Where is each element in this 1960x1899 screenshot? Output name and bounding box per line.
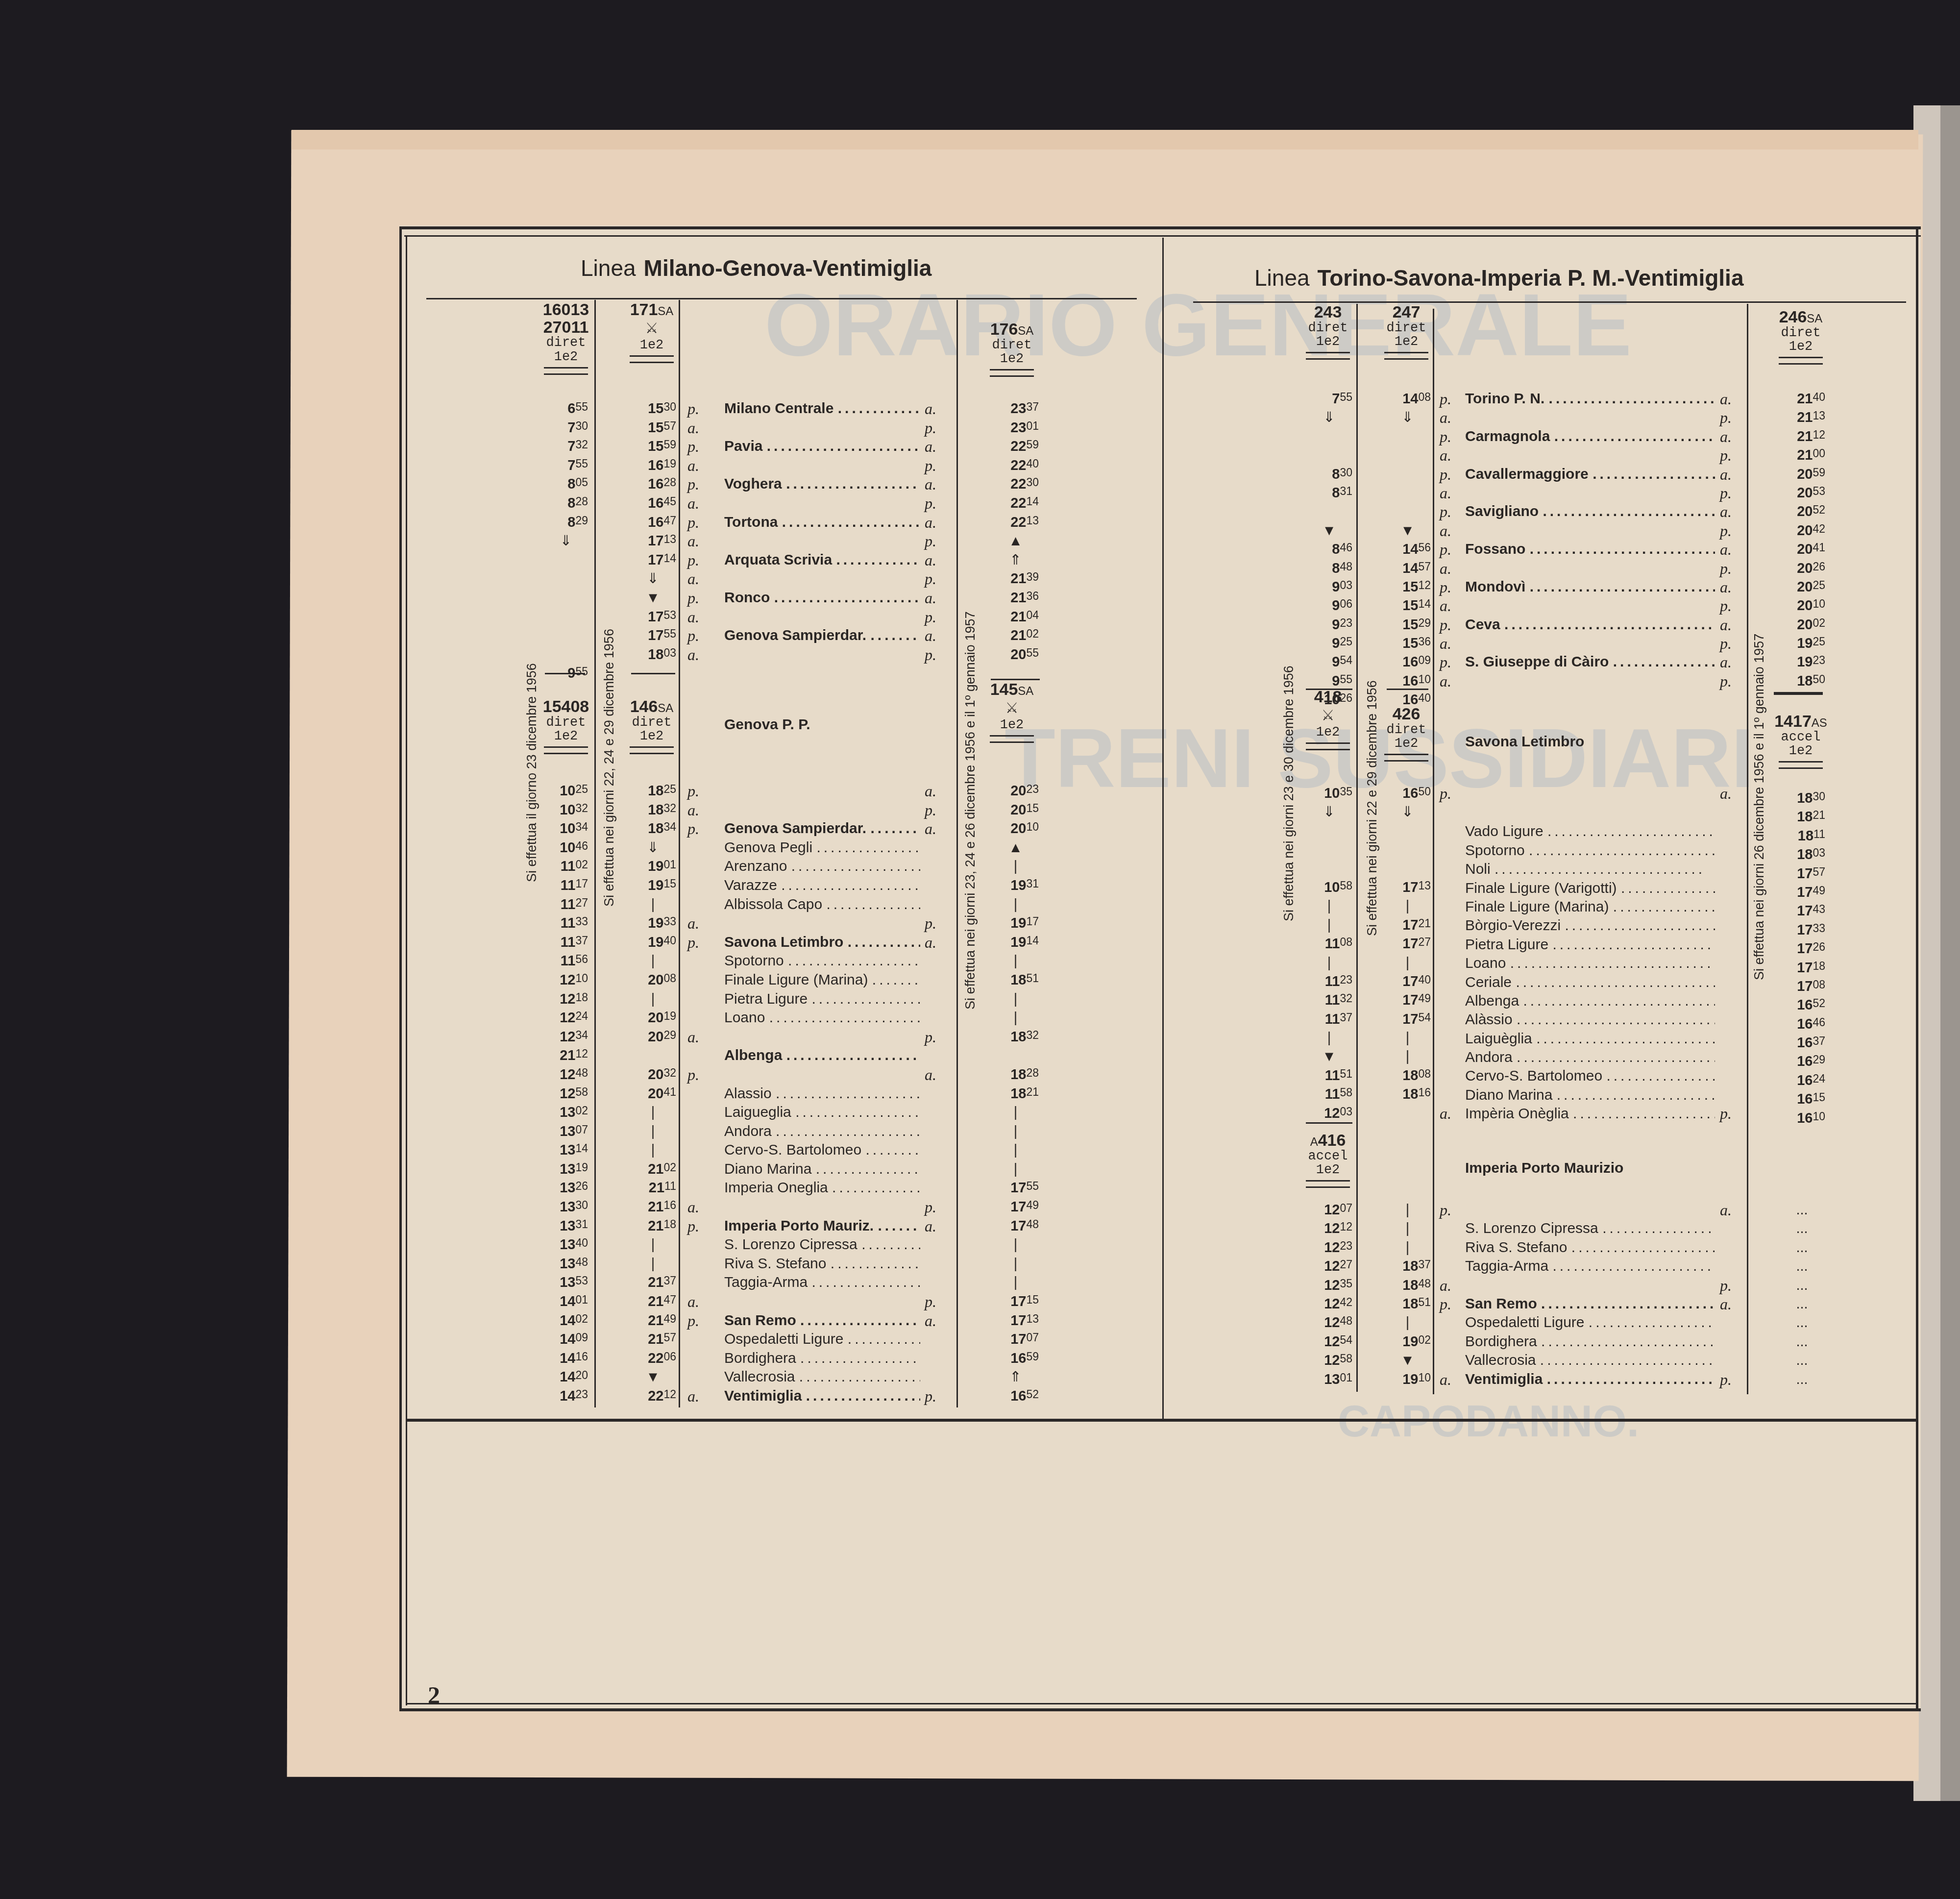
time-cell: ... [1779,1332,1825,1351]
ap-marker: a. [925,513,936,532]
ap-marker: p. [925,1387,936,1406]
station-name: Ronco .............................. [724,589,920,608]
ap-marker: p. [1720,634,1732,653]
arrival-departure-markers-right: a. p. [1720,784,1732,1123]
time-cell [1384,484,1431,502]
ap-marker [1440,1238,1451,1257]
time-cell: 2042 [1779,521,1825,540]
ap-marker [687,876,699,895]
ap-marker [1440,897,1451,915]
time-cell: | [1384,1047,1431,1066]
time-cell [1384,822,1431,840]
ap-marker: a. [687,569,699,589]
ap-marker [1440,803,1451,821]
time-cell: 1610 [1384,672,1431,691]
ap-marker: p. [1440,1295,1451,1313]
time-cell [1384,860,1431,878]
time-cell: 1025 [539,782,588,801]
time-cell: 1850 [1779,672,1825,691]
note-train-146SA: Si effettua nei giorni 22, 24 e 29 dicem… [602,629,617,907]
time-cell: 828 [544,494,588,513]
station-name: Vallecrosia ............................… [724,1368,920,1387]
column-end-rule [1306,1122,1352,1124]
time-cell: | [992,990,1039,1009]
time-cell: 1248 [539,1065,588,1085]
time-cell: 1713 [1384,878,1431,897]
column-end-rule [631,673,675,674]
time-cell: | [992,1255,1039,1274]
ap-marker [925,1103,936,1122]
time-cell [544,551,588,570]
station-name: Vado Ligure ............................… [1465,822,1715,841]
station-name: Pavia .............................. [724,437,920,456]
time-cell: | [1384,897,1431,915]
station-name: Diano Marina ...........................… [724,1160,920,1179]
time-cell: 2023 [992,782,1039,801]
station-name [724,456,920,475]
station-name: Ceva .............................. [1465,616,1715,634]
ap-marker [925,1349,936,1368]
time-cell: 1714 [630,551,676,570]
ap-marker: a. [1440,672,1451,691]
time-cell [1384,502,1431,521]
crossed-swords-icon: ⚔ [982,699,1041,718]
time-cell [1384,465,1431,484]
ap-marker: a. [925,1065,936,1085]
station-name: Fossano .............................. [1465,540,1715,559]
station-list-upper: Milano Centrale ........................… [724,399,920,664]
time-cell: 1610 [1779,1109,1825,1128]
time-cell: 1834 [630,819,676,839]
ap-marker [687,1235,699,1255]
time-cell: 1137 [539,933,588,952]
ap-marker [1440,840,1451,859]
time-cell: 925 [1306,634,1352,653]
time-cell: 1749 [1384,991,1431,1010]
book-spine-edge [1940,105,1960,1801]
frame-top-rule [399,226,1921,229]
time-cell [1384,1104,1431,1123]
station-name: Ospedaletti Ligure .....................… [724,1330,920,1349]
station-name [1465,672,1715,691]
ap-marker [925,1179,936,1198]
ap-marker [925,1273,936,1292]
time-cell [544,589,588,608]
station-name: Torino P. N. ...........................… [1465,390,1715,408]
direction-arrow-icon: ▲ [992,839,1039,858]
time-cell: | [630,1103,676,1122]
time-cell: 1210 [539,971,588,990]
time-cell: | [992,895,1039,914]
time-cell: | [630,895,676,914]
ap-marker: p. [925,569,936,589]
station-name [724,494,920,513]
ap-marker: a. [687,1028,699,1047]
time-cell: 1803 [630,645,676,665]
times-418: 1035⇓1058||1108|112311321137|▼1151115812… [1306,784,1352,1123]
ap-marker: p. [1440,427,1451,446]
time-cell: 2002 [1779,616,1825,634]
time-cell: 2113 [1779,408,1825,427]
station-name: S. Giuseppe di Càiro ...................… [1465,653,1715,671]
time-cell: | [992,857,1039,876]
time-cell: 2052 [1779,502,1825,521]
time-cell: 1821 [992,1085,1039,1104]
station-name: Varazze .............................. [724,876,920,895]
direction-arrow-icon: ▼ [1306,1047,1352,1066]
time-cell: 2212 [630,1387,676,1406]
time-cell: 2140 [1779,390,1825,408]
ap-marker [925,1330,936,1349]
ap-marker [1440,972,1451,991]
ap-marker: a. [925,1217,936,1236]
ap-marker: a. [1440,484,1451,502]
ap-marker [1440,1047,1451,1066]
times-246SA: 2140211321122100205920532052204220412026… [1779,390,1825,691]
time-cell: 1837 [1384,1257,1431,1276]
direction-arrow-icon: ⇓ [630,839,676,858]
ap-marker: p. [687,1065,699,1085]
station-name: Vallecrosia ............................… [1465,1351,1715,1370]
time-cell: 2041 [1779,540,1825,559]
times-243: 755⇓830831▼8468489039069239259549551026 [1306,390,1352,710]
station-name [724,419,920,438]
station-name [1465,484,1715,502]
direction-arrow-icon: ⇓ [1306,803,1352,821]
time-cell: 1530 [630,399,676,419]
ap-marker: p. [687,819,699,839]
time-cell: 1123 [1306,972,1352,991]
direction-arrow-icon: ⇑ [992,551,1039,570]
ap-marker: p. [1720,521,1732,540]
ap-marker [1440,916,1451,935]
station-name: S. Lorenzo Cipressa ....................… [1465,1219,1715,1238]
ap-marker: p. [1720,484,1732,502]
ap-marker: p. [1720,1276,1732,1295]
time-cell: 1218 [539,990,588,1009]
time-cell: 1034 [539,819,588,839]
ap-marker: a. [687,419,699,438]
time-cell: 1652 [992,1387,1039,1406]
ap-marker: a. [1440,408,1451,427]
time-cell: ... [1779,1370,1825,1389]
time-cell: 1646 [1779,1015,1825,1034]
ap-marker [687,1368,699,1387]
station-name [724,1292,920,1311]
station-list-upper: Torino P. N. ...........................… [1465,390,1715,691]
time-cell: 1645 [630,494,676,513]
station-name [724,569,920,589]
crossed-swords-icon: ⚔ [1301,706,1355,726]
time-cell: 1348 [539,1255,588,1274]
arrival-departure-markers: p.a.p.a.p.a.p.a.p.a.p.a.p.a.p.a. [1440,390,1451,691]
time-cell [544,569,588,589]
time-cell: 1514 [1384,596,1431,615]
time-cell: 2240 [992,456,1039,475]
time-cell: 2149 [630,1311,676,1331]
time-cell: 2010 [992,819,1039,839]
ap-marker [925,1255,936,1274]
ap-marker: a. [1440,1276,1451,1295]
ap-marker [925,857,936,876]
time-cell: 1733 [1779,921,1825,939]
ap-marker: a. [925,782,936,801]
ap-marker: p. [1440,578,1451,596]
ap-marker: a. [1720,427,1732,446]
ap-marker [925,971,936,990]
title-prefix: Linea [1254,265,1310,291]
time-cell: 2102 [992,626,1039,645]
time-cell: 1307 [539,1122,588,1141]
time-cell: 2301 [992,419,1039,438]
ap-marker: a. [925,589,936,608]
time-cell: 1512 [1384,578,1431,596]
ap-marker: a. [1720,1295,1732,1313]
time-cell: 1235 [1306,1276,1352,1295]
note-train-426: Si effettua nei giorni 22 e 29 dicembre … [1365,680,1380,936]
ap-marker [1720,878,1732,897]
time-cell: 906 [1306,596,1352,615]
time-cell: 1254 [1306,1332,1352,1351]
ap-marker: a. [1720,502,1732,521]
time-cell: 1301 [1306,1370,1352,1389]
time-cell: 1302 [539,1103,588,1122]
page-top-edge [292,130,1918,149]
train-header-146SA: 146SA diret 1e2 [625,698,679,754]
title-prefix: Linea [581,255,636,281]
ap-marker [1720,897,1732,915]
time-cell: 829 [544,513,588,532]
time-cell: | [992,1122,1039,1141]
time-cell: 1757 [1779,864,1825,883]
time-cell: 1242 [1306,1295,1352,1313]
time-cell: 2053 [1779,484,1825,502]
ap-marker: p. [1440,502,1451,521]
time-cell: 1940 [630,933,676,952]
time-cell: 1755 [630,626,676,645]
station-name: Taggia-Arma ............................… [1465,1257,1715,1276]
times-A416: 1207121212231227123512421248125412581301 [1306,1201,1352,1389]
ap-marker [1440,822,1451,840]
ap-marker [925,839,936,858]
time-cell: 1212 [1306,1219,1352,1238]
time-cell: 1151 [1306,1066,1352,1085]
time-cell: 655 [544,399,588,419]
station-name: Albissola Capo .........................… [724,895,920,914]
ap-marker: p. [925,494,936,513]
time-cell: 1624 [1779,1071,1825,1090]
time-cell: 2230 [992,475,1039,494]
time-cell [1306,446,1352,465]
time-cell: 1721 [1384,916,1431,935]
time-cell: | [1384,1238,1431,1257]
time-cell: | [992,1160,1039,1179]
ap-marker: a. [687,801,699,820]
time-cell: 1851 [1384,1295,1431,1313]
ap-marker: p. [687,589,699,608]
time-cell: 1743 [1779,902,1825,920]
ap-marker: a. [687,645,699,665]
ap-marker: a. [1720,1201,1732,1219]
train-header-171SA: 171SA ⚔ 1e2 [625,301,679,363]
ap-marker: p. [925,914,936,933]
time-cell: 1132 [1306,991,1352,1010]
station-genova-pp: Genova P. P. [724,715,810,735]
time-cell: 2025 [1779,578,1825,596]
time-cell: 730 [544,419,588,438]
ap-marker [687,1179,699,1198]
time-cell: 1902 [1384,1332,1431,1351]
time-cell [1306,427,1352,446]
time-cell: 1401 [539,1292,588,1311]
train-header-A416: A416 accel 1e2 [1301,1132,1355,1188]
ap-marker [1720,822,1732,840]
arrival-departure-markers-right: a.p.a.p.a.p.a.p.a.p.a.p.a.p. [925,399,936,664]
ap-marker [1720,1047,1732,1066]
station-name [1465,521,1715,540]
time-cell: ... [1779,1201,1825,1219]
time-cell: 1821 [1779,808,1825,826]
ap-marker: p. [687,1217,699,1236]
direction-arrow-icon: ⇓ [1306,408,1352,427]
station-name: Ventimiglia ............................… [724,1387,920,1406]
ap-marker: a. [687,914,699,933]
station-name: Genova Sampierdar. .....................… [724,819,920,839]
station-name [1465,446,1715,465]
ap-marker: a. [925,475,936,494]
time-cell: 1108 [1306,935,1352,953]
time-cell [1306,822,1352,840]
ap-marker [1440,991,1451,1010]
column-rule [679,300,680,1407]
station-name: Andora .............................. [1465,1048,1715,1067]
ap-marker [925,876,936,895]
arrival-departure-markers: p. a.p. a. [1440,1201,1451,1389]
time-cell: 1340 [539,1235,588,1255]
ap-marker: p. [687,399,699,419]
time-cell: 1456 [1384,540,1431,559]
ap-marker: a. [1440,596,1451,615]
station-name: Imperia Porto Mauriz. ..................… [724,1217,920,1236]
time-cell: | [1384,1029,1431,1047]
time-cell: 848 [1306,559,1352,578]
ap-marker [1720,1010,1732,1029]
direction-arrow-icon: ▼ [630,589,676,608]
station-name [724,608,920,627]
station-name [724,1065,920,1085]
time-cell: 1816 [1384,1085,1431,1104]
ap-marker: p. [925,419,936,438]
time-cell: 2102 [630,1160,676,1179]
station-name [724,801,920,820]
time-cell: 2019 [630,1009,676,1028]
time-cell: 1133 [539,914,588,933]
time-cell: 1629 [1779,1052,1825,1071]
ap-marker [925,1235,936,1255]
times-145SA: 202320152010▲|1931|19171914|1851||183218… [992,782,1039,1406]
ap-marker [1440,1313,1451,1332]
station-name: Cervo-S. Bartolomeo ....................… [1465,1067,1715,1085]
ap-marker: p. [925,456,936,475]
time-cell: 1314 [539,1141,588,1160]
time-cell: 1326 [539,1179,588,1198]
frame-bottom-rule [399,1708,1921,1711]
station-name [1465,804,1715,822]
station-name: Diano Marina ...........................… [1465,1086,1715,1105]
time-cell: 2055 [992,645,1039,665]
time-cell: 1715 [992,1292,1039,1311]
ap-marker [1440,1085,1451,1104]
center-divider [1162,238,1164,1419]
arrival-departure-markers: p.a.p. a.p. a. p. a.p. a.p. a. [687,782,699,1406]
time-cell: 1832 [992,1028,1039,1047]
ap-marker [1440,1219,1451,1238]
time-cell: 2026 [1779,559,1825,578]
direction-arrow-icon: ▲ [992,532,1039,551]
ap-marker: a. [687,532,699,551]
ap-marker: p. [1440,784,1451,803]
ap-marker: a. [925,933,936,952]
station-name: Impèria Onèglia ........................… [1465,1105,1715,1123]
column-rule [1433,309,1434,1394]
direction-arrow-icon: ⇓ [544,532,588,551]
time-cell: 2118 [630,1217,676,1236]
time-cell: 1901 [630,857,676,876]
station-list-middle: Vado Ligure ............................… [1465,804,1715,1142]
arrival-departure-markers-right: a.p.a.p.a.p.a.p.a.p.a.p.a.p.a.p. [1720,390,1732,691]
time-cell [1306,502,1352,521]
section-bottom-rule [407,1419,1916,1422]
ap-marker [687,1103,699,1122]
time-cell: 1811 [1779,827,1825,845]
time-cell: | [1384,1313,1431,1332]
station-name: Mondovì .............................. [1465,578,1715,596]
time-cell: 755 [1306,390,1352,408]
ap-marker [687,1046,699,1065]
ap-marker: p. [687,551,699,570]
line-name: Milano-Genova-Ventimiglia [644,255,932,281]
station-name: Albenga .............................. [1465,992,1715,1011]
show-through-text: CAPODANNO. [1338,1397,1639,1447]
ap-marker [687,1330,699,1349]
time-cell: 1258 [1306,1351,1352,1370]
time-cell: 2059 [1779,465,1825,484]
station-savona-letimbro: Savona Letimbro [1465,733,1584,751]
time-cell: 1828 [992,1065,1039,1085]
time-cell: 1058 [1306,878,1352,897]
ap-marker [1720,860,1732,878]
time-cell: 2104 [992,608,1039,627]
station-name [1465,1276,1715,1295]
ap-marker [925,1160,936,1179]
times-1417AS-cont: .............................. [1779,1201,1825,1389]
time-cell: 1102 [539,857,588,876]
times-426-cont: |||183718481851|1902▼1910 [1384,1201,1431,1389]
ap-marker: p. [687,437,699,456]
station-name: Finale Ligure (Marina) .................… [1465,898,1715,916]
time-cell: 2015 [992,801,1039,820]
time-cell: 1917 [992,914,1039,933]
time-cell: 805 [544,475,588,494]
ap-marker [925,1368,936,1387]
ap-marker: a. [925,399,936,419]
time-cell: | [1306,954,1352,972]
right-table-title: LineaTorino-Savona-Imperia P. M.-Ventimi… [1254,265,1743,291]
ap-marker [1720,916,1732,935]
times-171SA: 153015571559161916281645164717131714⇓▼17… [630,399,676,664]
station-name: Savona Letimbro ........................… [724,933,920,952]
ap-marker: p. [1440,390,1451,408]
